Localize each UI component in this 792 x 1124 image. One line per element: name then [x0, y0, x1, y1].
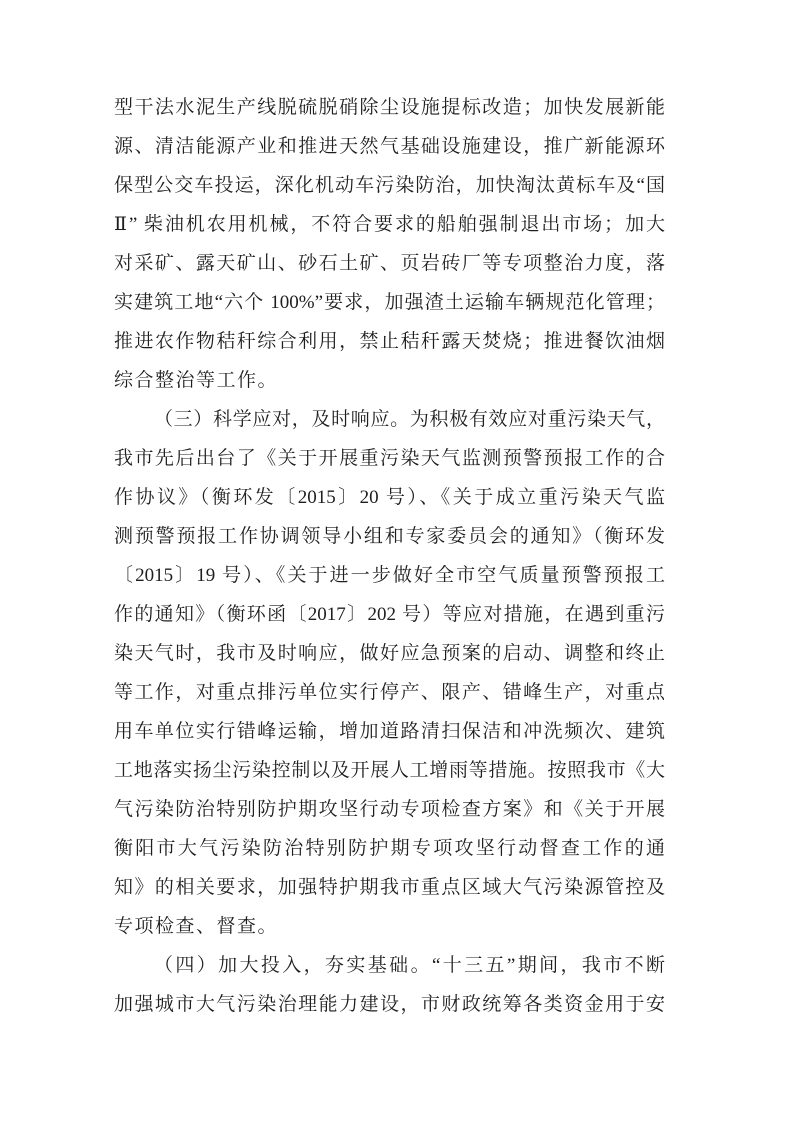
text-line: 衡阳市大气污染防治特别防护期专项攻坚行动督查工作的通: [114, 829, 665, 868]
text-line: 气污染防治特别防护期攻坚行动专项检查方案》和《关于开展: [114, 790, 665, 829]
document-page: 型干法水泥生产线脱硫脱硝除尘设施提标改造；加快发展新能 源、清洁能源产业和推进天…: [0, 0, 792, 1124]
text-line paragraph-end: 专项检查、督查。: [114, 907, 665, 946]
text-line: 我市先后出台了《关于开展重污染天气监测预警预报工作的合: [114, 439, 665, 478]
text-line: 实建筑工地“六个 100%”要求，加强渣土运输车辆规范化管理；: [114, 283, 665, 322]
text-line: 测预警预报工作协调领导小组和专家委员会的通知》（衡环发: [114, 517, 665, 556]
text-line: 作的通知》（衡环函〔2017〕202 号）等应对措施，在遇到重污: [114, 595, 665, 634]
text-line: 染天气时，我市及时响应，做好应急预案的启动、调整和终止: [114, 634, 665, 673]
document-body: 型干法水泥生产线脱硫脱硝除尘设施提标改造；加快发展新能 源、清洁能源产业和推进天…: [114, 88, 665, 1024]
text-line: 等工作，对重点排污单位实行停产、限产、错峰生产，对重点: [114, 673, 665, 712]
text-line: 知》的相关要求，加强特护期我市重点区域大气污染源管控及: [114, 868, 665, 907]
text-line: 〔2015〕19 号）、《关于进一步做好全市空气质量预警预报工: [114, 556, 665, 595]
text-line: 用车单位实行错峰运输，增加道路清扫保洁和冲洗频次、建筑: [114, 712, 665, 751]
text-line: 对采矿、露天矿山、砂石土矿、页岩砖厂等专项整治力度，落: [114, 244, 665, 283]
text-line: 推进农作物秸秆综合利用，禁止秸秆露天焚烧；推进餐饮油烟: [114, 322, 665, 361]
text-line: 作协议》（衡环发〔2015〕20 号）、《关于成立重污染天气监: [114, 478, 665, 517]
text-line: 加强城市大气污染治理能力建设，市财政统筹各类资金用于安: [114, 985, 665, 1024]
text-line paragraph-start-4: （四）加大投入，夯实基础。“十三五”期间，我市不断: [114, 946, 665, 985]
text-line: 源、清洁能源产业和推进天然气基础设施建设，推广新能源环: [114, 127, 665, 166]
text-line: 工地落实扬尘污染控制以及开展人工增雨等措施。按照我市《大: [114, 751, 665, 790]
text-line paragraph-start-3: （三）科学应对，及时响应。为积极有效应对重污染天气，: [114, 400, 665, 439]
text-line paragraph-end: 综合整治等工作。: [114, 361, 665, 400]
text-line: Ⅱ” 柴油机农用机械，不符合要求的船舶强制退出市场；加大: [114, 205, 665, 244]
text-line: 保型公交车投运，深化机动车污染防治，加快淘汰黄标车及“国: [114, 166, 665, 205]
text-line: 型干法水泥生产线脱硫脱硝除尘设施提标改造；加快发展新能: [114, 88, 665, 127]
